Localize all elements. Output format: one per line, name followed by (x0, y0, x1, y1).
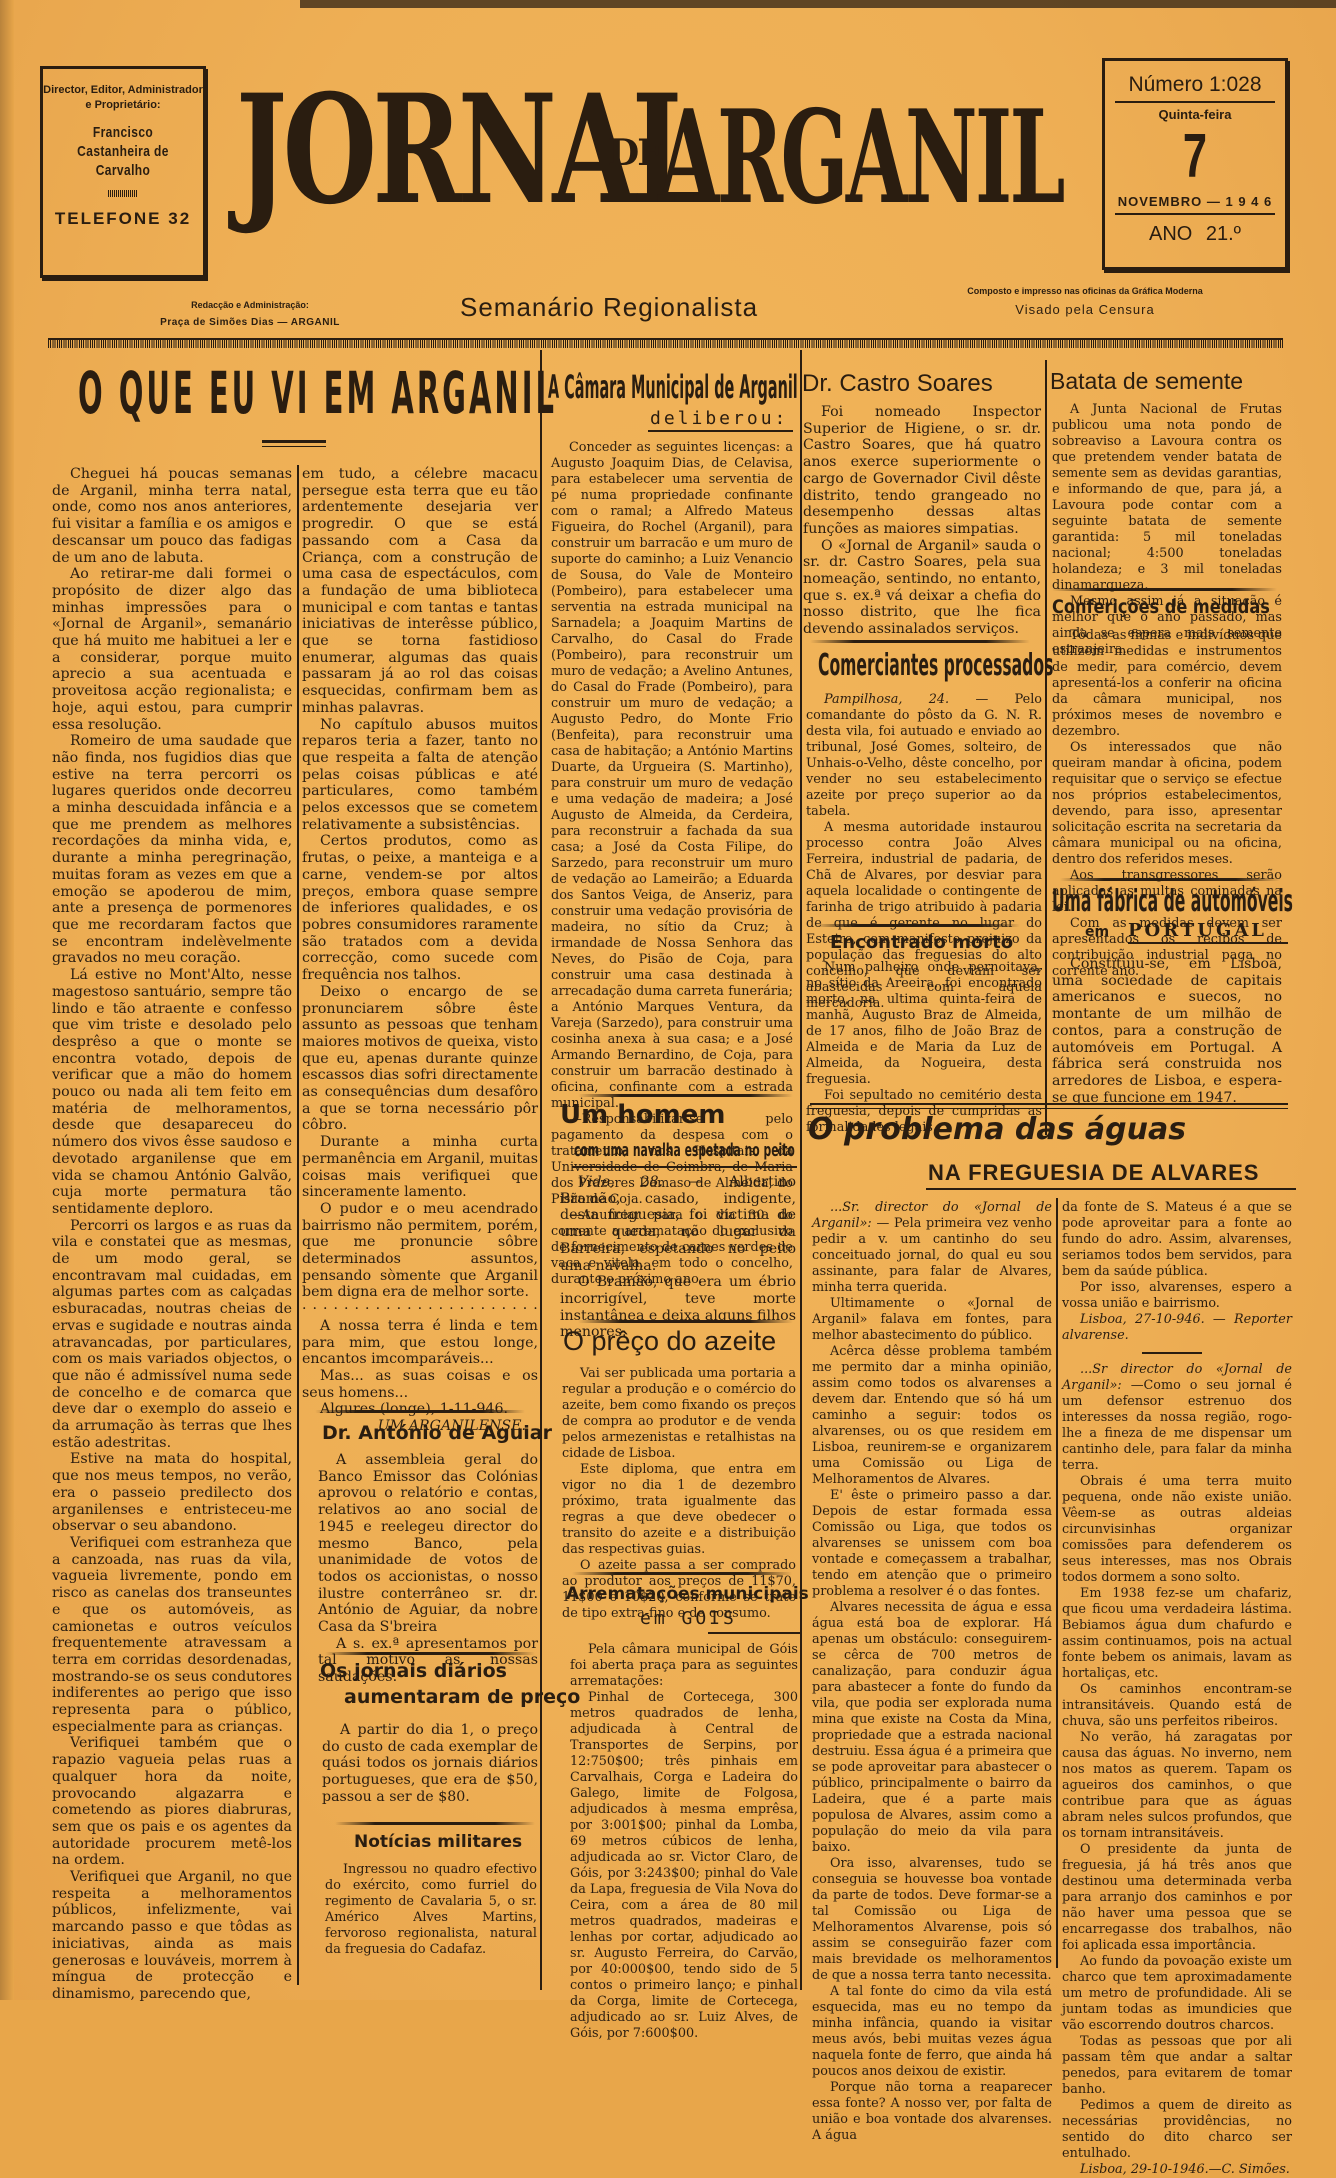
paragraph: Estive na mata do hospital, que nos meus… (52, 1451, 292, 1535)
subheadline: em GOIS (640, 1608, 737, 1629)
ornament-divider (325, 1652, 535, 1655)
article-aguas-letter-1: ...Sr. director do «Jornal de Arganil»: … (812, 1200, 1052, 2000)
subheadline-underline (648, 430, 793, 432)
paragraph: A nossa terra é linda e tem para mim, qu… (302, 1318, 538, 1368)
newspaper-subtitle: Semanário Regionalista (460, 292, 758, 323)
paragraph: A partir do dia 1, o preço do custo de c… (322, 1722, 538, 1806)
paragraph: Os interessados que não queiram mandar à… (1052, 740, 1282, 868)
paragraph: Constituiu-se, em Lisboa, uma sociedade … (1052, 956, 1282, 1106)
issue-day: 7 (1132, 126, 1258, 188)
paragraph: Os caminhos encontram-se intransitáveis.… (1062, 1682, 1292, 1730)
staff-box: Director, Editor, Administrador e Propri… (40, 66, 206, 278)
headline: Notícias militares (354, 1832, 522, 1852)
headline: O problema das águas (808, 1112, 1186, 1147)
article-homem: Vide, 28. — Albertino Bramão, casado, in… (560, 1174, 796, 1341)
dotted-separator: ···································· (302, 1301, 538, 1318)
issue-number: Número 1:028 (1105, 73, 1285, 97)
paragraph: Lá estive no Mont'Alto, nesse magestoso … (52, 967, 292, 1218)
paragraph: Obrais é uma terra muito pequena, onde n… (1062, 1474, 1292, 1586)
subheadline-underline (708, 1632, 800, 1634)
paragraph: Ingressou no quadro efectivo do exército… (325, 1862, 537, 1958)
paragraph: da fonte de S. Mateus é a que se pode ap… (1062, 1200, 1292, 1280)
column-rule (1045, 360, 1047, 1135)
letter-divider (1142, 1352, 1202, 1354)
headline: Conferições de medidas (1052, 596, 1270, 618)
staff-name: Francisco Castanheira de Carvalho (59, 123, 187, 180)
issue-divider (1115, 213, 1275, 215)
paragraph: Por isso, alvarenses, espero a vossa uni… (1062, 1280, 1292, 1312)
paragraph: Durante a minha curta permanência em Arg… (302, 1134, 538, 1201)
dateline: Vide, 28. (578, 1174, 663, 1190)
headline: Dr. António de Aguiar (322, 1422, 552, 1444)
ornament-divider (578, 1320, 793, 1323)
paragraph: Tôdas as firmas e indivíduos que utilize… (1052, 628, 1282, 740)
newspaper-title: JORNAL DE ARGANIL (228, 60, 868, 280)
paragraph: Ao retirar-me dali formei o propósito de… (52, 566, 292, 733)
article-jornais: A partir do dia 1, o preço do custo de c… (322, 1722, 538, 1806)
subheadline-underline (1128, 942, 1288, 944)
paragraph: Pinhal de Cortecega, 300 metros quadrado… (570, 1690, 798, 2000)
masthead-divider (48, 338, 1283, 348)
headline: Uma fábrica de automóveis (1052, 884, 1293, 919)
paragraph: O presidente da junta de freguesia, já h… (1062, 1842, 1292, 1954)
subheadline-em: em (1085, 924, 1109, 940)
printer-line: Composto e impresso nas oficinas da Gráf… (900, 286, 1270, 296)
subheadline-place: PORTUGAL (1128, 920, 1267, 941)
headline: Arrematações municipais (566, 1584, 809, 1604)
title-arganil: ARGANIL (658, 88, 1063, 228)
phone-number: TELEFONE 32 (43, 209, 203, 229)
paragraph: Vai ser publicada uma portaria a regular… (562, 1366, 796, 1462)
page-top-bleed (300, 0, 1336, 8)
headline: Batata de semente (1050, 368, 1243, 395)
article-aguas-letter-1-cont: da fonte de S. Mateus é a que se pode ap… (1062, 1200, 1292, 2000)
section-divider (810, 1108, 1288, 1109)
paragraph: Certos produtos, como as frutas, o peixe… (302, 833, 538, 983)
paragraph: A Junta Nacional de Frutas publicou uma … (1052, 402, 1282, 594)
paragraph: em tudo, a célebre macacu persegue esta … (302, 466, 538, 717)
paragraph: Ao fundo da povoação existe um charco qu… (1062, 1954, 1292, 2000)
subheadline-underline (572, 1166, 797, 1168)
address-value: Praça de Simões Dias — ARGANIL (100, 314, 400, 332)
editorial-address: Redacção e Administração: Praça de Simõe… (100, 296, 400, 332)
column-rule (1056, 1198, 1058, 1968)
paragraph: O «Jornal de Arganil» sauda o sr. dr. Ca… (803, 538, 1041, 638)
printer-info: Composto e impresso nas oficinas da Gráf… (900, 286, 1270, 317)
issue-divider (1115, 101, 1275, 103)
headline: Um homem (560, 1100, 725, 1130)
headline: O QUE EU VI EM ARGANIL (78, 358, 557, 428)
staff-role: Director, Editor, Administrador e Propri… (43, 83, 203, 113)
article-column: Cheguei há poucas semanas de Arganil, mi… (52, 466, 292, 2000)
ornament-divider (315, 1410, 525, 1413)
paragraph: No verão, há zaragatas por causa das águ… (1062, 1730, 1292, 1842)
paragraph: No capítulo abusos muitos reparos teria … (302, 717, 538, 834)
paragraph: Alvares necessita de água e essa água es… (812, 1600, 1052, 1856)
paragraph-text: — Pelo comandante do pôsto da G. N. R. d… (806, 692, 1042, 819)
paragraph: Verifiquei com estranheza que a canzoada… (52, 1535, 292, 1735)
paragraph: A assembleia geral do Banco Emissor das … (318, 1452, 538, 1636)
column-rule (800, 350, 802, 1990)
section-divider (810, 1103, 1288, 1105)
paragraph: Ora isso, alvarenses, tudo se conseguia … (812, 1856, 1052, 1984)
article-morto: Num palheiro onde pernoitava, no sítio d… (806, 960, 1042, 1136)
paragraph: E' êste o primeiro passo a dar. Depois d… (812, 1488, 1052, 1600)
ornament-divider (1060, 878, 1280, 881)
headline: Comerciantes processados (818, 648, 1053, 683)
subheadline: NA FREGUESIA DE ALVARES (928, 1160, 1259, 1186)
paragraph: Em 1938 fez-se um chafariz, que ficou um… (1062, 1586, 1292, 1682)
censorship-line: Visado pela Censura (900, 302, 1270, 317)
issue-weekday: Quinta-feira (1105, 107, 1285, 122)
ornament-divider (335, 1822, 535, 1825)
ornament-divider (572, 1572, 792, 1575)
signature: Lisboa, 27-10-946. — Reporter alvarense. (1062, 1312, 1292, 1344)
article-batata: A Junta Nacional de Frutas publicou uma … (1052, 402, 1282, 658)
subheadline: aumentaram de preço (344, 1686, 580, 1708)
paragraph: Deixo o encargo de se pronunciarem sôbre… (302, 984, 538, 1134)
paragraph: Este diploma, que entra em vigor no dia … (562, 1462, 796, 1558)
ornament-divider (815, 924, 1020, 927)
headline: O prêço do azeite (563, 1326, 776, 1357)
subheadline: com uma navalha espetada no peito (574, 1140, 795, 1161)
column-rule (297, 465, 299, 1985)
paragraph: Verifiquei também que o rapazio vagueia … (52, 1735, 292, 1869)
title-de: DE (608, 132, 663, 174)
paragraph: Mas... as suas coisas e os seus homens..… (302, 1368, 538, 1401)
column-rule (540, 350, 542, 1990)
headline: Dr. Castro Soares (802, 370, 993, 398)
paragraph: Ultimamente o «Jornal de Arganil» falava… (812, 1296, 1052, 1344)
title-underline (262, 440, 326, 443)
ornament-divider (578, 1094, 793, 1097)
ornament-divider (1052, 588, 1277, 591)
paragraph: Pela câmara municipal de Góis foi aberta… (570, 1642, 798, 1690)
dateline: Pampilhosa, 24. (824, 692, 949, 707)
title-underline (262, 446, 326, 447)
article-gois: Pela câmara municipal de Góis foi aberta… (570, 1642, 798, 2000)
subheadline-underline (926, 1188, 1296, 1190)
paragraph: Percorri os largos e as ruas da vila e c… (52, 1218, 292, 1452)
headline: Os jornais diários (320, 1660, 507, 1682)
ornament-divider (810, 640, 1030, 643)
ornament-divider (108, 190, 138, 197)
paragraph: Conceder as seguintes licenças: a August… (551, 440, 793, 1112)
issue-year-volume: ANO 21.º (1105, 223, 1285, 246)
paragraph: Verifiquei que Arganil, no que respeita … (52, 1869, 292, 2000)
paragraph: Num palheiro onde pernoitava, no sítio d… (806, 960, 1042, 1088)
headline: A Câmara Municipal de Arganil (548, 368, 798, 406)
paragraph: Romeiro de uma saudade que não finda, no… (52, 733, 292, 967)
article-aguiar: A assembleia geral do Banco Emissor das … (318, 1452, 538, 1686)
paragraph: Foi nomeado Inspector Superior de Higien… (803, 404, 1041, 538)
paragraph: O pudor e o meu acendrado bairrismo não … (302, 1201, 538, 1301)
article-castro: Foi nomeado Inspector Superior de Higien… (803, 404, 1041, 638)
headline: Encontrado morto (830, 932, 1013, 953)
subheadline: deliberou: (650, 408, 788, 429)
newspaper-page: Director, Editor, Administrador e Propri… (0, 0, 1336, 2000)
issue-box: Número 1:028 Quinta-feira 7 NOVEMBRO — 1… (1102, 58, 1288, 270)
paragraph: A tal fonte do cimo da vila está esqueci… (812, 1984, 1052, 2000)
paragraph: Acêrca dêsse problema também me permito … (812, 1344, 1052, 1488)
paragraph: Cheguei há poucas semanas de Arganil, mi… (52, 466, 292, 566)
page-edge-shadow (0, 0, 14, 2000)
article-column: em tudo, a célebre macacu persegue esta … (302, 466, 538, 1435)
article-militares: Ingressou no quadro efectivo do exército… (325, 1862, 537, 1958)
article-fabrica: Constituiu-se, em Lisboa, uma sociedade … (1052, 956, 1282, 1106)
issue-month-year: NOVEMBRO — 1 9 4 6 (1105, 194, 1285, 209)
address-label: Redacção e Administração: (100, 296, 400, 314)
